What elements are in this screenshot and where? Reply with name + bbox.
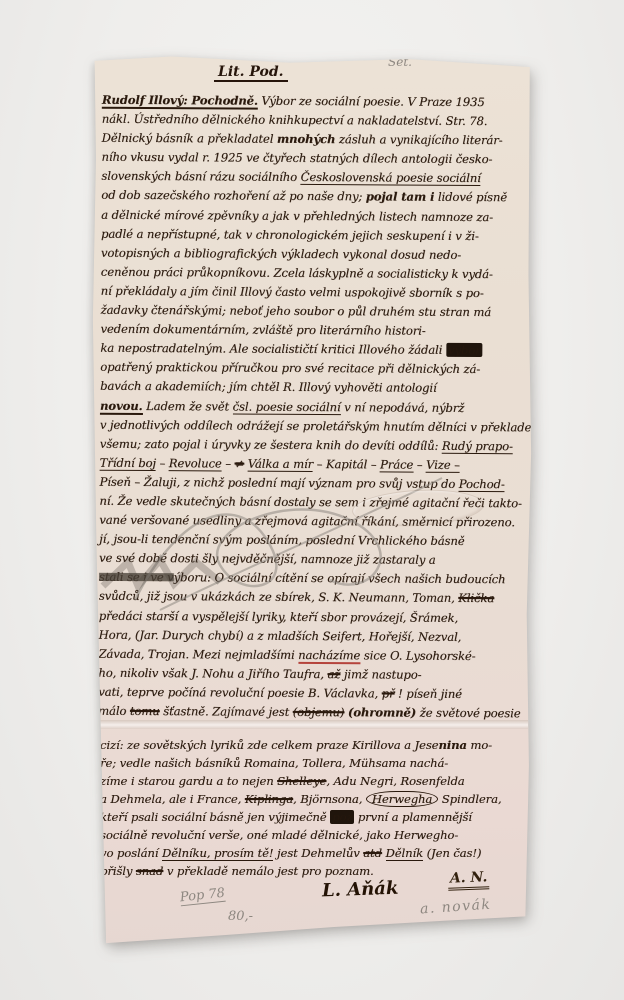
manuscript-text: snad: [136, 864, 163, 878]
manuscript-line: vati, teprve počíná revoluční poesie B. …: [98, 683, 522, 705]
manuscript-text: poz: [330, 810, 354, 824]
manuscript-text: vati, teprve počíná revoluční poesie B. …: [98, 685, 382, 701]
manuscript-text: Dělníku, prosím tě!: [162, 846, 273, 861]
manuscript-text: jest Dehmelův: [273, 846, 363, 860]
pencil-price-note: 80,-: [228, 909, 253, 924]
manuscript-paper: Lit. Pod. Set. Rudolf Illový: Pochodně. …: [92, 52, 532, 944]
manuscript-section-2: cizí: ze sovětských lyriků zde celkem pr…: [100, 736, 524, 880]
manuscript-line: a dělnické mírové zpěvníky a jak v přehl…: [101, 205, 525, 227]
manuscript-text: bavách a akademiích; jím chtěl R. Illový…: [100, 379, 437, 395]
manuscript-text: Shelleye: [277, 774, 326, 788]
manuscript-text: Klička: [458, 591, 494, 605]
manuscript-text: kteří psali sociální básně jen výjimečně: [100, 810, 330, 824]
manuscript-text: Spindlera,: [438, 792, 501, 806]
manuscript-text: Herwegha: [366, 791, 438, 807]
pencil-smudge-scribble: [98, 552, 228, 596]
manuscript-text: žadavky čtenářskými; neboť jeho soubor o…: [101, 303, 492, 319]
manuscript-text: opatřený praktickou příručkou pro své re…: [100, 360, 480, 376]
manuscript-text: ního vkusu vydal r. 1925 ve čtyřech stat…: [101, 150, 492, 166]
manuscript-line: ního vkusu vydal r. 1925 ve čtyřech stat…: [101, 148, 525, 170]
manuscript-text: první a plamennější: [354, 810, 472, 824]
manuscript-text: ho, nikoliv však J. Nohu a Jiřího Taufra…: [98, 666, 327, 681]
manuscript-text: novou.: [100, 398, 143, 414]
manuscript-line: a Dehmela, ale i France, Kiplinga, Björn…: [100, 790, 524, 808]
manuscript-text: slovenských básní rázu sociálního: [101, 169, 300, 184]
manuscript-line: votopisných a bibliografických výkladech…: [101, 243, 525, 265]
manuscript-text: Závada, Trojan. Mezi nejmladšími: [98, 646, 298, 661]
manuscript-section-1: Rudolf Illový: Pochodně. Výbor ze sociál…: [98, 91, 526, 724]
manuscript-text: ceněnou práci průkopníkovu. Zcela láskyp…: [101, 265, 493, 281]
manuscript-line: od dob sazečského rozhoření až po naše d…: [101, 186, 525, 208]
manuscript-line: vo poslání Dělníku, prosím tě! jest Dehm…: [100, 844, 524, 862]
masthead-title: Lit. Pod.: [214, 64, 288, 82]
manuscript-text: a dělnické mírové zpěvníky a jak v přehl…: [101, 207, 493, 223]
manuscript-text: (Jen čas!): [423, 846, 481, 860]
manuscript-line: vedením dokumentárním, zvláště pro liter…: [100, 320, 524, 342]
manuscript-text: a Dehmela, ale i France,: [100, 792, 245, 806]
manuscript-line: opatřený praktickou příručkou pro své re…: [100, 358, 524, 380]
manuscript-text: Rudolf Illový: Pochodně.: [102, 93, 258, 110]
manuscript-line: slovenských básní rázu sociálního Českos…: [101, 167, 525, 189]
manuscript-line: ře; vedle našich básníků Romaina, Toller…: [100, 754, 524, 772]
manuscript-text: , Björnsona,: [293, 792, 366, 806]
manuscript-text: př: [382, 686, 395, 700]
manuscript-text: Ladem že svět: [142, 398, 232, 413]
manuscript-text: votopisných a bibliografických výkladech…: [101, 245, 461, 261]
manuscript-text: sociálně revoluční verše, oné mladé děln…: [100, 828, 458, 842]
manuscript-text: padlé a nepřístupné, tak v chronologické…: [101, 226, 479, 242]
manuscript-text: Pochod-: [459, 477, 505, 492]
manuscript-line: Rudolf Illový: Pochodně. Výbor ze sociál…: [102, 91, 526, 113]
manuscript-text: výbor: [446, 343, 483, 357]
manuscript-text: Kiplinga: [245, 792, 293, 806]
manuscript-text: , Adu Negri, Rosenfelda: [326, 774, 464, 788]
manuscript-line: Závada, Trojan. Mezi nejmladšími nachází…: [98, 644, 522, 666]
manuscript-line: zíme i starou gardu a to nejen Shelleye,…: [100, 772, 524, 790]
editor-signature: L. Aňák: [322, 878, 399, 902]
manuscript-line: novou. Ladem že svět čsl. poesie sociáln…: [100, 396, 524, 418]
manuscript-text: přišly: [100, 864, 136, 878]
manuscript-text: ře; vedle našich básníků Romaina, Toller…: [100, 756, 448, 770]
manuscript-line: nákl. Ústředního dělnického knihkupectví…: [102, 110, 526, 132]
manuscript-text: (objemu): [293, 705, 345, 719]
manuscript-line: Dělnický básník a překladatel mnohých zá…: [102, 129, 526, 151]
author-initials: A. N.: [448, 869, 490, 890]
manuscript-text: Hora, (Jar. Durych chybí) a z mladších S…: [99, 627, 462, 643]
manuscript-text: nákl. Ústředního dělnického knihkupectví…: [102, 112, 488, 128]
paper-shadow-wrap: Lit. Pod. Set. Rudolf Illový: Pochodně. …: [92, 52, 532, 944]
manuscript-text: Rudý prapo-: [442, 438, 513, 453]
manuscript-text: že světové poesie: [416, 706, 521, 721]
manuscript-text: Dělnický básník a překladatel: [102, 131, 277, 146]
manuscript-text: sice O. Lysohorské-: [360, 648, 475, 663]
manuscript-text: zíme i starou gardu a to nejen: [100, 774, 277, 788]
manuscript-text: šťastně. Zajímavé jest: [160, 704, 293, 719]
manuscript-text: zásluh a vynikajícího literár-: [335, 132, 502, 147]
manuscript-text: (ohromně): [348, 705, 416, 719]
manuscript-line: kteří psali sociální básně jen výjimečně…: [100, 808, 524, 826]
manuscript-line: ní překládaly a jím činil Illový často v…: [101, 282, 525, 304]
pencil-attribution-note: a. novák: [420, 897, 492, 918]
manuscript-line: v jednotlivých oddílech odrážejí se prol…: [100, 415, 524, 437]
manuscript-text: Dělník: [386, 846, 423, 861]
pencil-code-note: Pop 78: [179, 886, 225, 907]
manuscript-line: cizí: ze sovětských lyriků zde celkem pr…: [100, 736, 524, 754]
manuscript-text: ! píseň jiné: [394, 686, 462, 700]
manuscript-text: mo-: [467, 738, 492, 752]
manuscript-line: žadavky čtenářskými; neboť jeho soubor o…: [101, 301, 525, 323]
manuscript-line: ka nepostradatelným. Ale socialističtí k…: [100, 339, 524, 361]
manuscript-text: lidové písně: [434, 190, 507, 204]
manuscript-line: sociálně revoluční verše, oné mladé děln…: [100, 826, 524, 844]
manuscript-text: vedením dokumentárním, zvláště pro liter…: [100, 322, 425, 338]
manuscript-line: Hora, (Jar. Durych chybí) a z mladších S…: [99, 625, 523, 647]
manuscript-text: v ní nepodává, nýbrž: [341, 400, 465, 415]
manuscript-text: ní překládaly a jím činil Illový často v…: [101, 284, 484, 300]
manuscript-text: cizí: ze sovětských lyriků zde celkem pr…: [100, 738, 438, 752]
photograph-background: Lit. Pod. Set. Rudolf Illový: Pochodně. …: [0, 0, 624, 1000]
manuscript-text: Československá poesie sociální: [301, 170, 481, 186]
manuscript-text: Výbor ze sociální poesie. V Praze 1935: [258, 94, 485, 109]
manuscript-text: ka nepostradatelným. Ale socialističtí k…: [100, 341, 446, 357]
paper-crease: [94, 720, 528, 729]
manuscript-line: ho, nikoliv však J. Nohu a Jiřího Taufra…: [98, 664, 522, 686]
manuscript-line: ceněnou práci průkopníkovu. Zcela láskyp…: [101, 263, 525, 285]
manuscript-text: atd: [363, 846, 382, 860]
manuscript-text: nina: [438, 738, 466, 752]
manuscript-text: čsl. poesie sociální: [233, 399, 341, 415]
manuscript-text: málo: [98, 704, 130, 718]
manuscript-text: [382, 846, 386, 860]
manuscript-text: mnohých: [277, 132, 335, 146]
manuscript-text: od dob sazečského rozhoření až po naše d…: [101, 188, 366, 204]
manuscript-text: tomu: [130, 704, 160, 718]
pencil-note-top: Set.: [388, 55, 412, 69]
manuscript-text: nacházíme: [298, 648, 360, 664]
manuscript-text: jimž nastupo-: [340, 667, 421, 681]
manuscript-text: vo poslání: [100, 846, 162, 860]
manuscript-line: bavách a akademiích; jím chtěl R. Illový…: [100, 377, 524, 399]
manuscript-text: až: [327, 667, 340, 681]
manuscript-text: pojal tam i: [366, 190, 435, 204]
manuscript-line: padlé a nepřístupné, tak v chronologické…: [101, 224, 525, 246]
manuscript-text: v překladě nemálo jest pro poznam.: [163, 864, 373, 878]
manuscript-text: v jednotlivých oddílech odrážejí se prol…: [100, 417, 549, 434]
